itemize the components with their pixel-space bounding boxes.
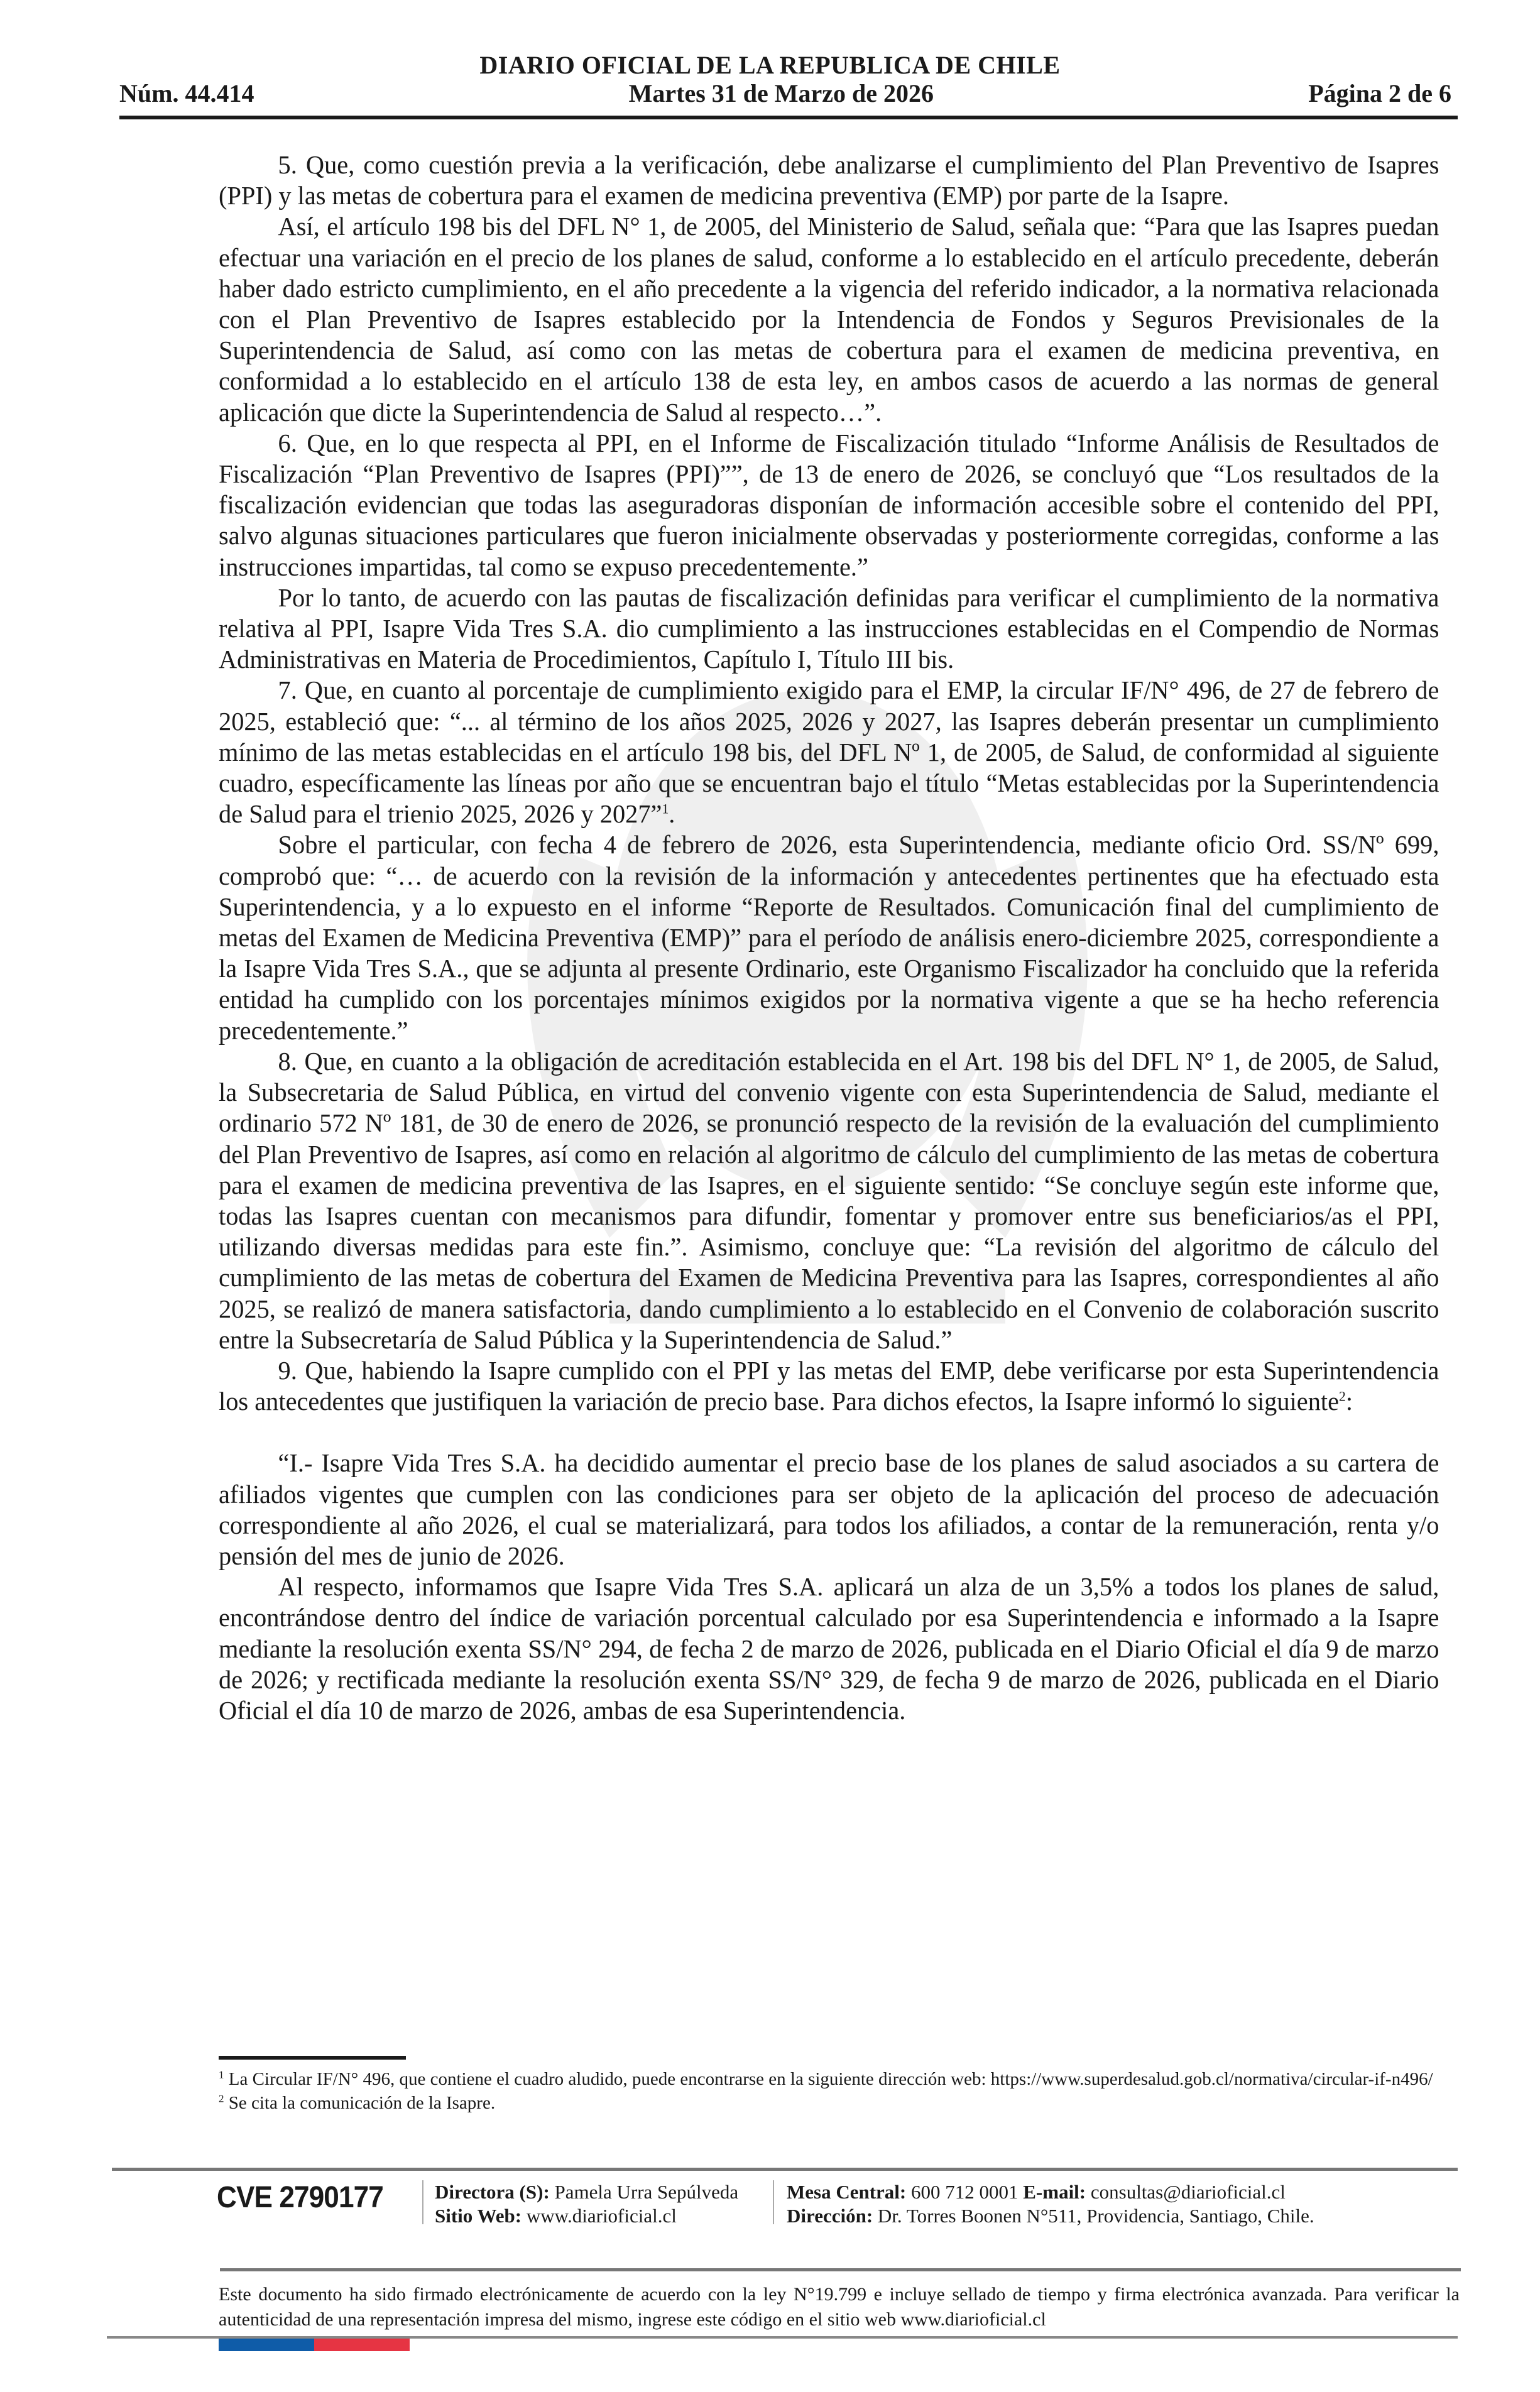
footnote-mark-2: 2 [219,2092,224,2104]
footer-top-rule [112,2168,1458,2171]
director-label: Directora (S): [435,2181,550,2203]
footnote-ref-1[interactable]: 1 [662,801,669,817]
email-link[interactable]: consultas@diarioficial.cl [1086,2181,1286,2203]
email-label: E-mail: [1023,2181,1086,2203]
footnote-1-text: La Circular IF/N° 496, que contiene el c… [224,2069,1433,2089]
document-body: 5. Que, como cuestión previa a la verifi… [219,150,1439,1726]
footnotes: 1 La Circular IF/N° 496, que contiene el… [219,2067,1458,2115]
paragraph-7-tail: . [669,799,675,828]
flag-stripe-red [314,2339,410,2351]
issue-number: Núm. 44.414 [119,79,254,108]
paragraph-6-conclusion: Por lo tanto, de acuerdo con las pautas … [219,582,1439,675]
paragraph-5: 5. Que, como cuestión previa a la verifi… [219,150,1439,211]
footnote-mark-1: 1 [219,2068,224,2080]
paragraph-9: 9. Que, habiendo la Isapre cumplido con … [219,1355,1439,1417]
phone-label: Mesa Central: [787,2181,906,2203]
footnote-divider [219,2056,406,2060]
cve-code: CVE 2790177 [217,2180,383,2215]
paragraph-6: 6. Que, en lo que respecta al PPI, en el… [219,428,1439,582]
website-label: Sitio Web: [435,2205,522,2227]
header-rule [119,116,1458,119]
page-indicator: Página 2 de 6 [1308,79,1451,108]
flag-stripe-blue [219,2339,314,2351]
footer-separator [422,2180,423,2224]
quoted-isapre-statement: “I.- Isapre Vida Tres S.A. ha decidido a… [219,1448,1439,1571]
footnote-2: 2 Se cita la comunicación de la Isapre. [219,2091,1458,2115]
footnote-1: 1 La Circular IF/N° 496, que contiene el… [219,2067,1458,2091]
paragraph-9-text: 9. Que, habiendo la Isapre cumplido con … [219,1356,1439,1416]
gazette-title: DIARIO OFICIAL DE LA REPUBLICA DE CHILE [0,50,1540,80]
phone-number: 600 712 0001 [906,2181,1023,2203]
paragraph-5-article-198: Así, el artículo 198 bis del DFL N° 1, d… [219,211,1439,427]
footnote-ref-2[interactable]: 2 [1339,1388,1346,1404]
issue-date: Martes 31 de Marzo de 2026 [629,79,934,108]
electronic-signature-notice: Este documento ha sido firmado electróni… [219,2282,1460,2332]
footnote-2-text: Se cita la comunicación de la Isapre. [224,2093,496,2113]
website-link[interactable]: www.diarioficial.cl [522,2205,677,2227]
address-text: Dr. Torres Boonen N°511, Providencia, Sa… [873,2205,1314,2227]
footer-contact-block: Mesa Central: 600 712 0001 E-mail: consu… [787,2180,1314,2228]
paragraph-7-ord-699: Sobre el particular, con fecha 4 de febr… [219,829,1439,1046]
director-name: Pamela Urra Sepúlveda [550,2181,738,2203]
paragraph-8: 8. Que, en cuanto a la obligación de acr… [219,1046,1439,1355]
address-label: Dirección: [787,2205,873,2227]
paragraph-7: 7. Que, en cuanto al porcentaje de cumpl… [219,675,1439,829]
footer-separator [773,2180,774,2224]
quoted-isapre-increase: Al respecto, informamos que Isapre Vida … [219,1571,1439,1726]
footer-director-block: Directora (S): Pamela Urra Sepúlveda Sit… [435,2180,738,2228]
header-meta-row: Núm. 44.414 Martes 31 de Marzo de 2026 P… [119,79,1451,108]
footer-middle-rule [220,2268,1461,2271]
paragraph-9-tail: : [1346,1387,1353,1416]
paragraph-7-text: 7. Que, en cuanto al porcentaje de cumpl… [219,675,1439,828]
